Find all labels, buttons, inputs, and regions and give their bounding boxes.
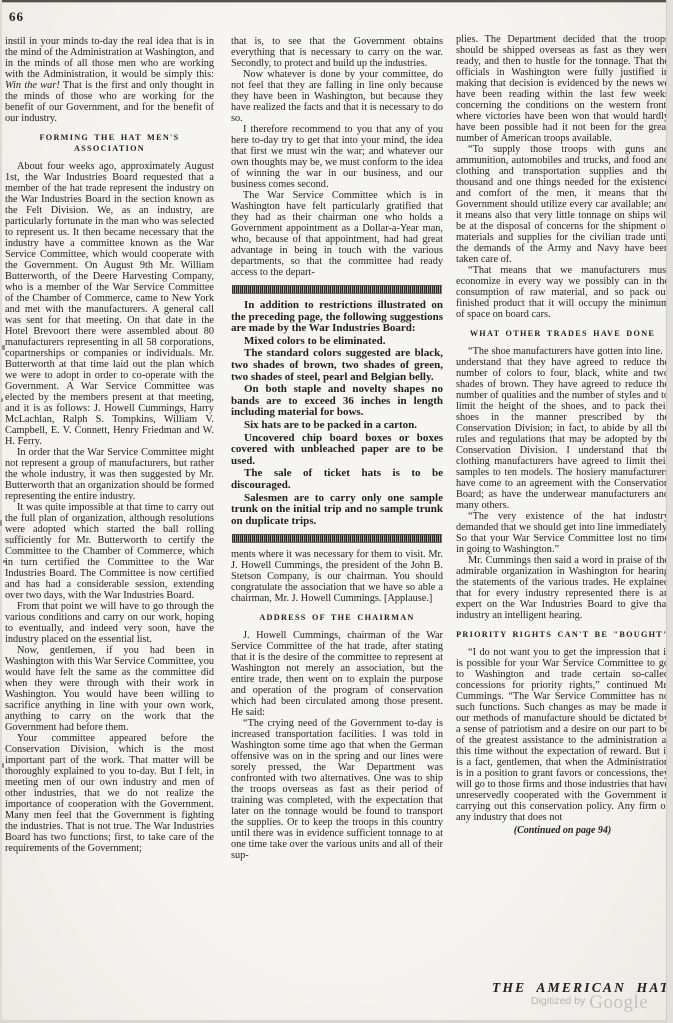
suggestion-item: The standard colors suggested are black,… [231, 348, 443, 383]
scan-edge-right [666, 0, 673, 1023]
paragraph: that is, to see that the Government obta… [231, 36, 443, 69]
google-logo: Google [589, 992, 648, 1013]
section-heading: ADDRESS OF THE CHAIRMAN [231, 612, 443, 623]
paragraph: “I do not want you to get the impression… [456, 647, 669, 823]
suggestions-box: In addition to restrictions illustrated … [231, 300, 443, 527]
suggestion-item: Uncovered chip board boxes or boxes cove… [231, 433, 443, 468]
suggestion-item: Mixed colors to be eliminated. [231, 336, 443, 348]
suggestion-item: The sale of ticket hats is to be discour… [231, 468, 443, 491]
scan-speck [0, 520, 2, 526]
section-heading: WHAT OTHER TRADES HAVE DONE [456, 328, 669, 339]
paragraph: “To supply those troops with guns and am… [456, 144, 669, 265]
suggestion-item: In addition to restrictions illustrated … [231, 300, 443, 335]
scan-speck [3, 560, 6, 563]
paragraph: “The shoe manufacturers have gotten into… [456, 346, 669, 511]
paragraph: instil in your minds to-day the real ide… [5, 36, 214, 124]
paragraph: Your committee appeared before the Conse… [5, 733, 214, 854]
scan-speck [2, 345, 5, 350]
page-number: 66 [9, 9, 24, 25]
scan-speck [1, 398, 3, 402]
paragraph: From that point we will have to go throu… [5, 601, 214, 645]
paragraph: The War Service Committee which is in Wa… [231, 190, 443, 278]
paragraph: J. Howell Cummings, chairman of the War … [231, 630, 443, 718]
digitized-watermark: Digitized by Google [531, 992, 648, 1014]
suggestion-item: Six hats are to be packed in a carton. [231, 420, 443, 432]
paragraph: Now, gentlemen, if you had been in Washi… [5, 645, 214, 733]
column-left: instil in your minds to-day the real ide… [5, 36, 214, 854]
paragraph-text: instil in your minds to-day the real ide… [5, 36, 214, 80]
scanned-page: 66 instil in your minds to-day the real … [0, 0, 673, 1023]
paragraph: I therefore recommend to you that any of… [231, 124, 443, 190]
section-heading: FORMING THE HAT MEN'S ASSOCIATION [5, 132, 214, 154]
suggestion-item: Salesmen are to carry only one sample tr… [231, 493, 443, 528]
paragraph: “That means that we manufacturers must e… [456, 265, 669, 320]
digitized-prefix: Digitized by [531, 995, 585, 1007]
paragraph: “The very existence of the hat industry … [456, 511, 669, 555]
paragraph: In order that the War Service Committee … [5, 447, 214, 502]
column-middle: that is, to see that the Government obta… [231, 36, 443, 861]
ornamental-rule [232, 285, 442, 294]
scan-edge-top-shadow [0, 2, 673, 3]
suggestion-item: On both staple and novelty shapes no ban… [231, 384, 443, 419]
paragraph: About four weeks ago, approximately Augu… [5, 161, 214, 447]
scan-speck [2, 763, 4, 768]
paragraph: plies. The Department decided that the t… [456, 34, 669, 144]
paragraph: ments where it was necessary for them to… [231, 549, 443, 604]
paragraph: Now whatever is done by your committee, … [231, 69, 443, 124]
paragraph: It was quite impossible at that time to … [5, 502, 214, 601]
paragraph: “The crying need of the Government to-da… [231, 718, 443, 861]
scan-edge-left [0, 0, 2, 1023]
column-right: plies. The Department decided that the t… [456, 34, 669, 836]
ornamental-rule [232, 534, 442, 543]
emphasized-text: Win the war! [5, 80, 60, 91]
paragraph: Mr. Cummings then said a word in praise … [456, 555, 669, 621]
section-heading: PRIORITY RIGHTS CAN'T BE "BOUGHT" [456, 629, 669, 640]
continued-notice: (Continued on page 94) [456, 825, 669, 836]
